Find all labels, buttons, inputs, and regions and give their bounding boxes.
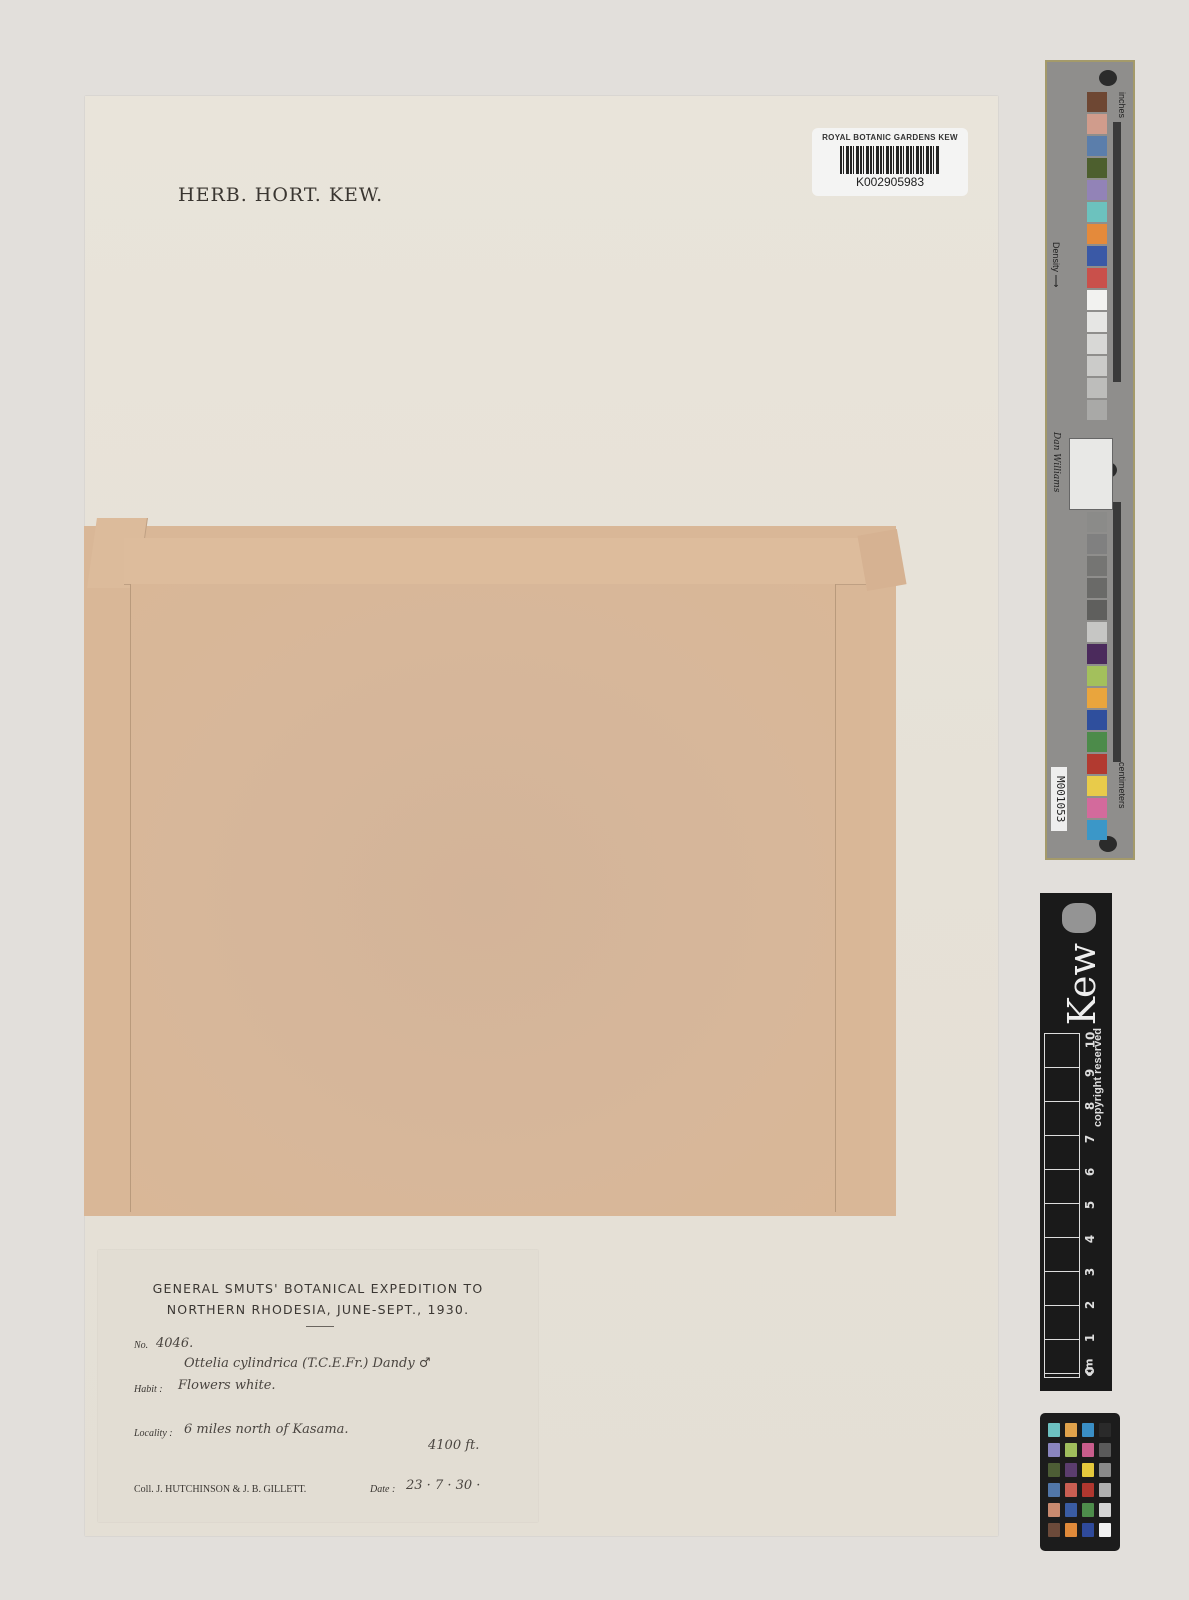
colour-swatch xyxy=(1082,1443,1094,1457)
colour-swatch xyxy=(1082,1523,1094,1537)
colour-swatch xyxy=(1048,1483,1060,1497)
ruler-reference-card xyxy=(1069,438,1113,510)
scale-tick: 6 xyxy=(1083,1168,1097,1176)
altitude-value: 4100 ft. xyxy=(428,1438,479,1453)
scale-tick: 4 xyxy=(1083,1234,1097,1242)
kew-scale-bar: Kew 012345678910 copyright reserved cm xyxy=(1040,893,1112,1391)
colour-swatch xyxy=(1065,1503,1077,1517)
herbarium-stamp: HERB. HORT. KEW. xyxy=(178,184,383,206)
taxon-name: Ottelia cylindrica (T.C.E.Fr.) Dandy ♂ xyxy=(184,1356,431,1371)
colour-swatch xyxy=(1048,1503,1060,1517)
colour-swatch xyxy=(1099,1523,1111,1537)
colour-swatch xyxy=(1099,1423,1111,1437)
colour-patch xyxy=(1087,224,1107,244)
date-value: 23 · 7 · 30 · xyxy=(406,1478,480,1493)
cm-scale-blocks xyxy=(1044,1033,1080,1378)
colour-swatch xyxy=(1065,1423,1077,1437)
scale-tick: 1 xyxy=(1083,1334,1097,1342)
packet-body xyxy=(130,584,836,1212)
colour-swatch xyxy=(1099,1443,1111,1457)
scale-tick: 2 xyxy=(1083,1301,1097,1309)
scale-tick: 3 xyxy=(1083,1267,1097,1275)
label-divider xyxy=(306,1326,334,1327)
barcode-icon xyxy=(840,146,940,174)
colour-patch xyxy=(1087,820,1107,840)
ruler-maker: Dan Williams xyxy=(1051,432,1061,492)
colour-swatch xyxy=(1082,1503,1094,1517)
colour-patch xyxy=(1087,600,1107,620)
colour-patch xyxy=(1087,534,1107,554)
colour-swatch xyxy=(1048,1443,1060,1457)
colour-patch xyxy=(1087,356,1107,376)
date-field-label: Date : xyxy=(370,1484,395,1495)
ruler-cm-label: centimeters xyxy=(1117,762,1127,809)
colour-patch xyxy=(1087,114,1107,134)
scale-tick: 7 xyxy=(1083,1135,1097,1143)
cm-scale xyxy=(1113,502,1121,762)
colour-swatch xyxy=(1048,1523,1060,1537)
inch-scale xyxy=(1113,122,1121,382)
kew-crest-icon xyxy=(1062,903,1096,933)
colour-swatch xyxy=(1048,1463,1060,1477)
barcode-org: ROYAL BOTANIC GARDENS KEW xyxy=(812,133,968,142)
colour-patch xyxy=(1087,92,1107,112)
colour-patch xyxy=(1087,290,1107,310)
colour-patch xyxy=(1087,180,1107,200)
colour-patch xyxy=(1087,776,1107,796)
colour-swatch xyxy=(1065,1443,1077,1457)
colour-patch xyxy=(1087,312,1107,332)
colour-patch xyxy=(1087,798,1107,818)
colour-swatch xyxy=(1065,1483,1077,1497)
colour-patch xyxy=(1087,334,1107,354)
mini-colour-card xyxy=(1040,1413,1120,1551)
colour-patch xyxy=(1087,400,1107,420)
colour-patch xyxy=(1087,136,1107,156)
colour-patch xyxy=(1087,556,1107,576)
barcode-label: ROYAL BOTANIC GARDENS KEW K002905983 xyxy=(812,128,968,196)
colour-patch xyxy=(1087,378,1107,398)
colour-ruler: inches centimeters Density ⟶ Dan William… xyxy=(1045,60,1135,860)
barcode-number: K002905983 xyxy=(812,175,968,189)
label-heading-line1: GENERAL SMUTS' BOTANICAL EXPEDITION TO xyxy=(98,1278,538,1299)
colour-patch xyxy=(1087,268,1107,288)
colour-swatch xyxy=(1099,1503,1111,1517)
number-field-label: No. xyxy=(134,1340,148,1351)
colour-patch xyxy=(1087,644,1107,664)
cm-unit-label: cm xyxy=(1082,1359,1095,1377)
scale-tick: 5 xyxy=(1083,1201,1097,1209)
colour-swatch xyxy=(1099,1483,1111,1497)
colour-patch xyxy=(1087,202,1107,222)
specimen-packet xyxy=(84,526,896,1216)
colour-swatch xyxy=(1082,1483,1094,1497)
locality-value: 6 miles north of Kasama. xyxy=(184,1422,349,1437)
specimen-label: GENERAL SMUTS' BOTANICAL EXPEDITION TO N… xyxy=(98,1250,538,1522)
colour-swatch xyxy=(1065,1523,1077,1537)
copyright-text: copyright reserved xyxy=(1092,1028,1104,1127)
colour-swatch xyxy=(1082,1463,1094,1477)
colour-patch xyxy=(1087,512,1107,532)
label-heading-line2: NORTHERN RHODESIA, JUNE-SEPT., 1930. xyxy=(98,1299,538,1320)
ruler-inches-label: inches xyxy=(1117,92,1127,118)
colour-patch xyxy=(1087,246,1107,266)
ruler-ident: M001053 xyxy=(1051,767,1067,831)
colour-patch xyxy=(1087,688,1107,708)
label-heading: GENERAL SMUTS' BOTANICAL EXPEDITION TO N… xyxy=(98,1278,538,1320)
collectors: Coll. J. HUTCHINSON & J. B. GILLETT. xyxy=(134,1484,306,1495)
colour-patch xyxy=(1087,622,1107,642)
colour-swatch xyxy=(1099,1463,1111,1477)
colour-patch xyxy=(1087,710,1107,730)
locality-field-label: Locality : xyxy=(134,1428,173,1439)
packet-flap xyxy=(124,538,896,585)
colour-patch xyxy=(1087,578,1107,598)
colour-patch xyxy=(1087,158,1107,178)
colour-swatch xyxy=(1082,1423,1094,1437)
colour-patch xyxy=(1087,666,1107,686)
colour-swatch xyxy=(1048,1423,1060,1437)
collection-number: 4046. xyxy=(156,1336,193,1351)
ruler-density-label: Density ⟶ xyxy=(1051,242,1061,287)
habit-field-label: Habit : xyxy=(134,1384,163,1395)
ruler-hole-top xyxy=(1099,70,1117,86)
kew-logo: Kew xyxy=(1060,943,1104,1025)
colour-swatch xyxy=(1065,1463,1077,1477)
colour-patch xyxy=(1087,754,1107,774)
habit-value: Flowers white. xyxy=(178,1378,276,1393)
colour-patch xyxy=(1087,732,1107,752)
